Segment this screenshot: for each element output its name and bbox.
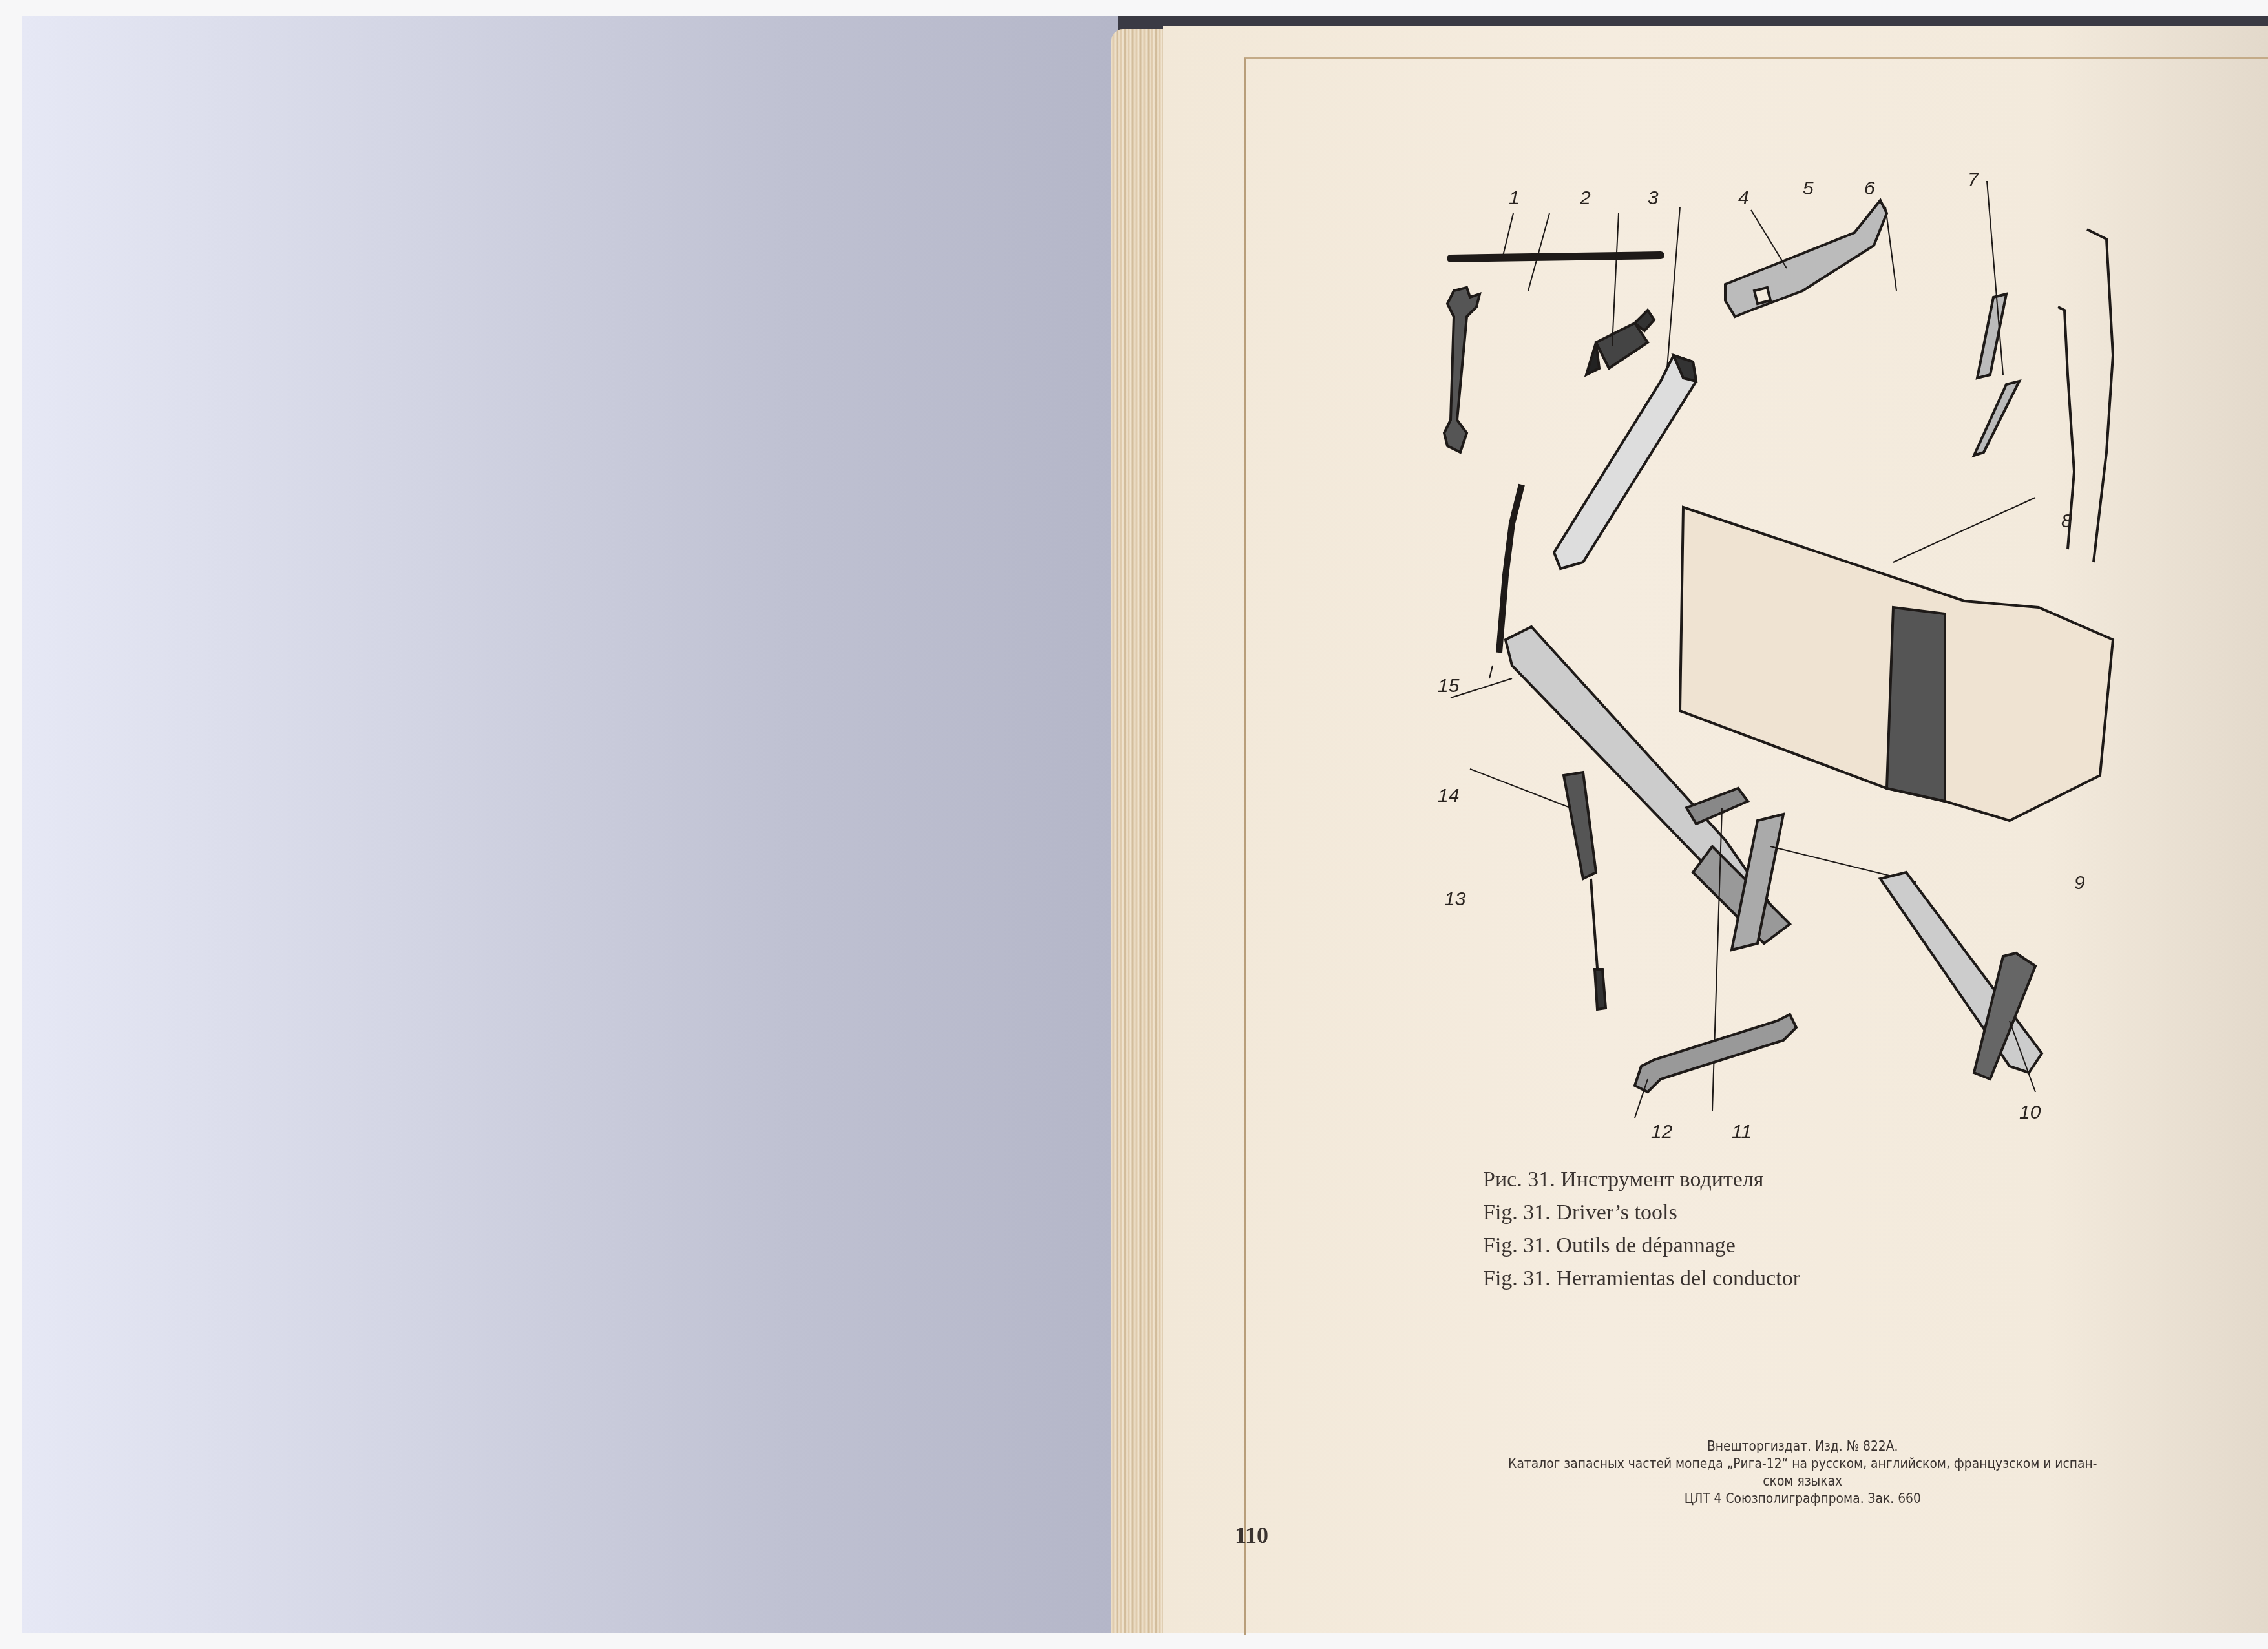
caption-russian: Рис. 31. Инструмент водителя [1483, 1163, 1800, 1196]
caption-spanish: Fig. 31. Herramientas del conductor [1483, 1262, 1800, 1295]
figure-label-9: 9 [2074, 872, 2085, 894]
imprint-line-2: Каталог запасных частей мопеда „Рига-12“… [1344, 1455, 2262, 1473]
caption-french: Fig. 31. Outils de dépannage [1483, 1229, 1800, 1262]
figure-label-3: 3 [1648, 187, 1659, 209]
figure-label-12: 12 [1651, 1121, 1672, 1143]
figure-label-6: 6 [1864, 178, 1875, 200]
figure-label-10: 10 [2019, 1102, 2041, 1124]
tool-bag-icon [1680, 498, 2113, 821]
imprint-line-3: ском языках [1344, 1473, 2262, 1490]
figure-label-14: 14 [1438, 785, 1459, 807]
feeler-gauge-05-icon [1885, 207, 2006, 378]
figure-label-11: 11 [1732, 1121, 1752, 1143]
publisher-imprint: Внешторгиздат. Изд. № 822А. Каталог запа… [1344, 1438, 2262, 1507]
tyre-lever-icon [1554, 207, 1696, 569]
page-number: 110 [1235, 1522, 1268, 1549]
chuck-icon [1586, 213, 1654, 375]
figure-caption: Рис. 31. Инструмент водителя Fig. 31. Dr… [1483, 1163, 1800, 1295]
book-page-edges [1111, 29, 1170, 1633]
figure-label-2: 2 [1580, 187, 1591, 209]
figure-label-1: 1 [1509, 187, 1520, 209]
screwdriver-icon [1470, 769, 1606, 1009]
caption-english: Fig. 31. Driver’s tools [1483, 1196, 1800, 1229]
drivers-tools-illustration [1389, 162, 2132, 1163]
figure-label-8: 8 [2061, 510, 2072, 532]
figure-label-4: 4 [1738, 187, 1749, 209]
figure-label-5: 5 [1803, 178, 1814, 200]
figure-label-7: 7 [1968, 169, 1979, 191]
figure-label-15: 15 [1438, 675, 1459, 697]
rod-icon [1451, 213, 1661, 258]
spanner-icon [1725, 200, 1887, 317]
imprint-line-4: ЦЛТ 4 Союзполиграфпрома. Зак. 660 [1344, 1490, 2262, 1507]
figure-label-13: 13 [1444, 888, 1465, 910]
blank-left-area [22, 16, 1120, 1633]
open-end-wrench-icon [1444, 213, 1549, 452]
imprint-line-1: Внешторгиздат. Изд. № 822А. [1344, 1438, 2262, 1455]
